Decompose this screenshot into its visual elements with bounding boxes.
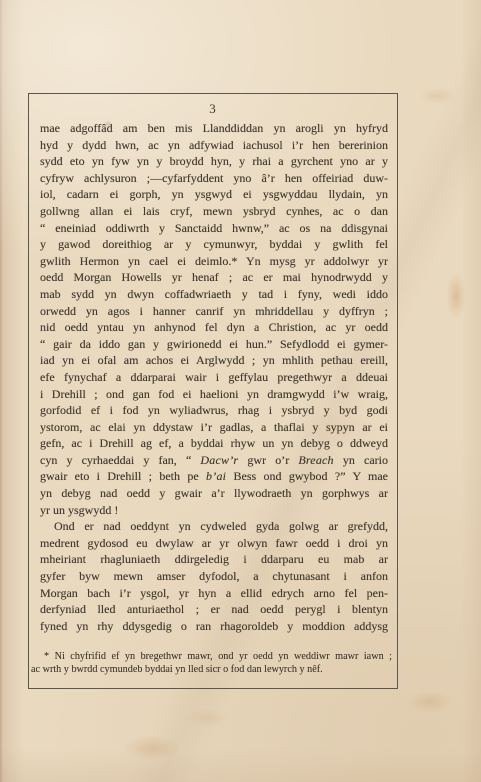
footnote-line: ac wrth y bwrdd cymundeb byddai yn lled … <box>31 663 392 676</box>
text-line: gollwng allan ei lais cryf, mewn ysbryd … <box>40 203 388 220</box>
footnote-line: * Ni chyfrifid ef yn bregethwr mawr, ond… <box>31 650 392 663</box>
text-line: hyd y dydd hwn, ac yn adfywiad iachusol … <box>40 137 388 154</box>
text-line: efe fynychaf a ddarparai wair i geffylau… <box>40 369 388 386</box>
text-line: yn debyg nad oedd y gwair a’r llywodraet… <box>40 485 388 502</box>
italic-phrase: Dacw’r <box>200 453 238 467</box>
text-line: nid oedd yntau yn anhynod fel dyn a Chri… <box>40 319 388 336</box>
text-line: oedd Morgan Howells yr henaf ; ac er mai… <box>40 269 388 286</box>
text-line: “ gair da iddo gan y gwirionedd ei hun.”… <box>40 336 388 353</box>
page-border-frame: 3 mae adgoffâd am ben mis Llanddiddan yn… <box>28 93 398 689</box>
text-line: mae adgoffâd am ben mis Llanddiddan yn a… <box>40 120 388 137</box>
text-line: mab sydd yn dwyn coffadwriaeth y tad i f… <box>40 286 388 303</box>
text-line: cyfryw achlysuron ;—cyfarfyddent yno â’r… <box>40 170 388 187</box>
scanned-book-page: { "colors": { "paper": "#e9d9bf", "ink":… <box>0 0 481 782</box>
text-line: gwlith Hermon yn cael ei deimlo.* Yn mys… <box>40 253 388 270</box>
text-line: gorfodid ef i fod yn wyliadwrus, rhag i … <box>40 402 388 419</box>
text-line: ystorom, ac elai yn ddystaw i’r gadlas, … <box>40 419 388 436</box>
text-line: orwedd yn agos i hanner canrif yn mhridd… <box>40 303 388 320</box>
text-line: iad yn ei ofal am achos ei Arglwydd ; yn… <box>40 352 388 369</box>
text-line: gyfer byw mewn amser dyfodol, a chytunas… <box>40 568 388 585</box>
text-line: y gawod doreithiog ar y cymunwyr, byddai… <box>40 236 388 253</box>
italic-phrase: b’ai <box>206 469 226 483</box>
text-line: medrent gydosod eu dwylaw ar yr olwyn fa… <box>40 535 388 552</box>
text-line: mheiriant rhagluniaeth ddirgeledig i dda… <box>40 551 388 568</box>
italic-phrase: Breach <box>298 453 333 467</box>
page-number: 3 <box>29 101 397 117</box>
text-line: derfyniad lled anturiaethol ; er nad oed… <box>40 601 388 618</box>
text-line: Morgan bach i’r ysgol, yr hyn a ellid ed… <box>40 585 388 602</box>
body-text-block: mae adgoffâd am ben mis Llanddiddan yn a… <box>40 120 388 634</box>
text-line: iol, cadarn ei gorph, yn ysgwyd ei ysgwy… <box>40 186 388 203</box>
text-line: yr un ysgwydd ! <box>40 502 388 519</box>
text-line: gwair eto i Drehill ; beth pe b’ai Bess … <box>40 468 388 485</box>
text-line: fyned yn rhy ddysgedig o ran rhagoroldeb… <box>40 618 388 635</box>
text-line: sydd eto yn fyw yn y broydd hyn, y rhai … <box>40 153 388 170</box>
text-line: i Drehill ; ond gan fod ei haelioni yn d… <box>40 386 388 403</box>
text-line: Ond er nad oeddynt yn cydweled gyda golw… <box>40 518 388 535</box>
text-line: “ eneiniad oddiwrth y Sanctaidd hwnw,” a… <box>40 220 388 237</box>
text-line: cyn y cyrhaeddai y fan, “ Dacw’r gwr o’r… <box>40 452 388 469</box>
footnote-block: * Ni chyfrifid ef yn bregethwr mawr, ond… <box>31 650 392 677</box>
text-line: gefn, ac i Drehill ag ef, a byddai rhyw … <box>40 435 388 452</box>
